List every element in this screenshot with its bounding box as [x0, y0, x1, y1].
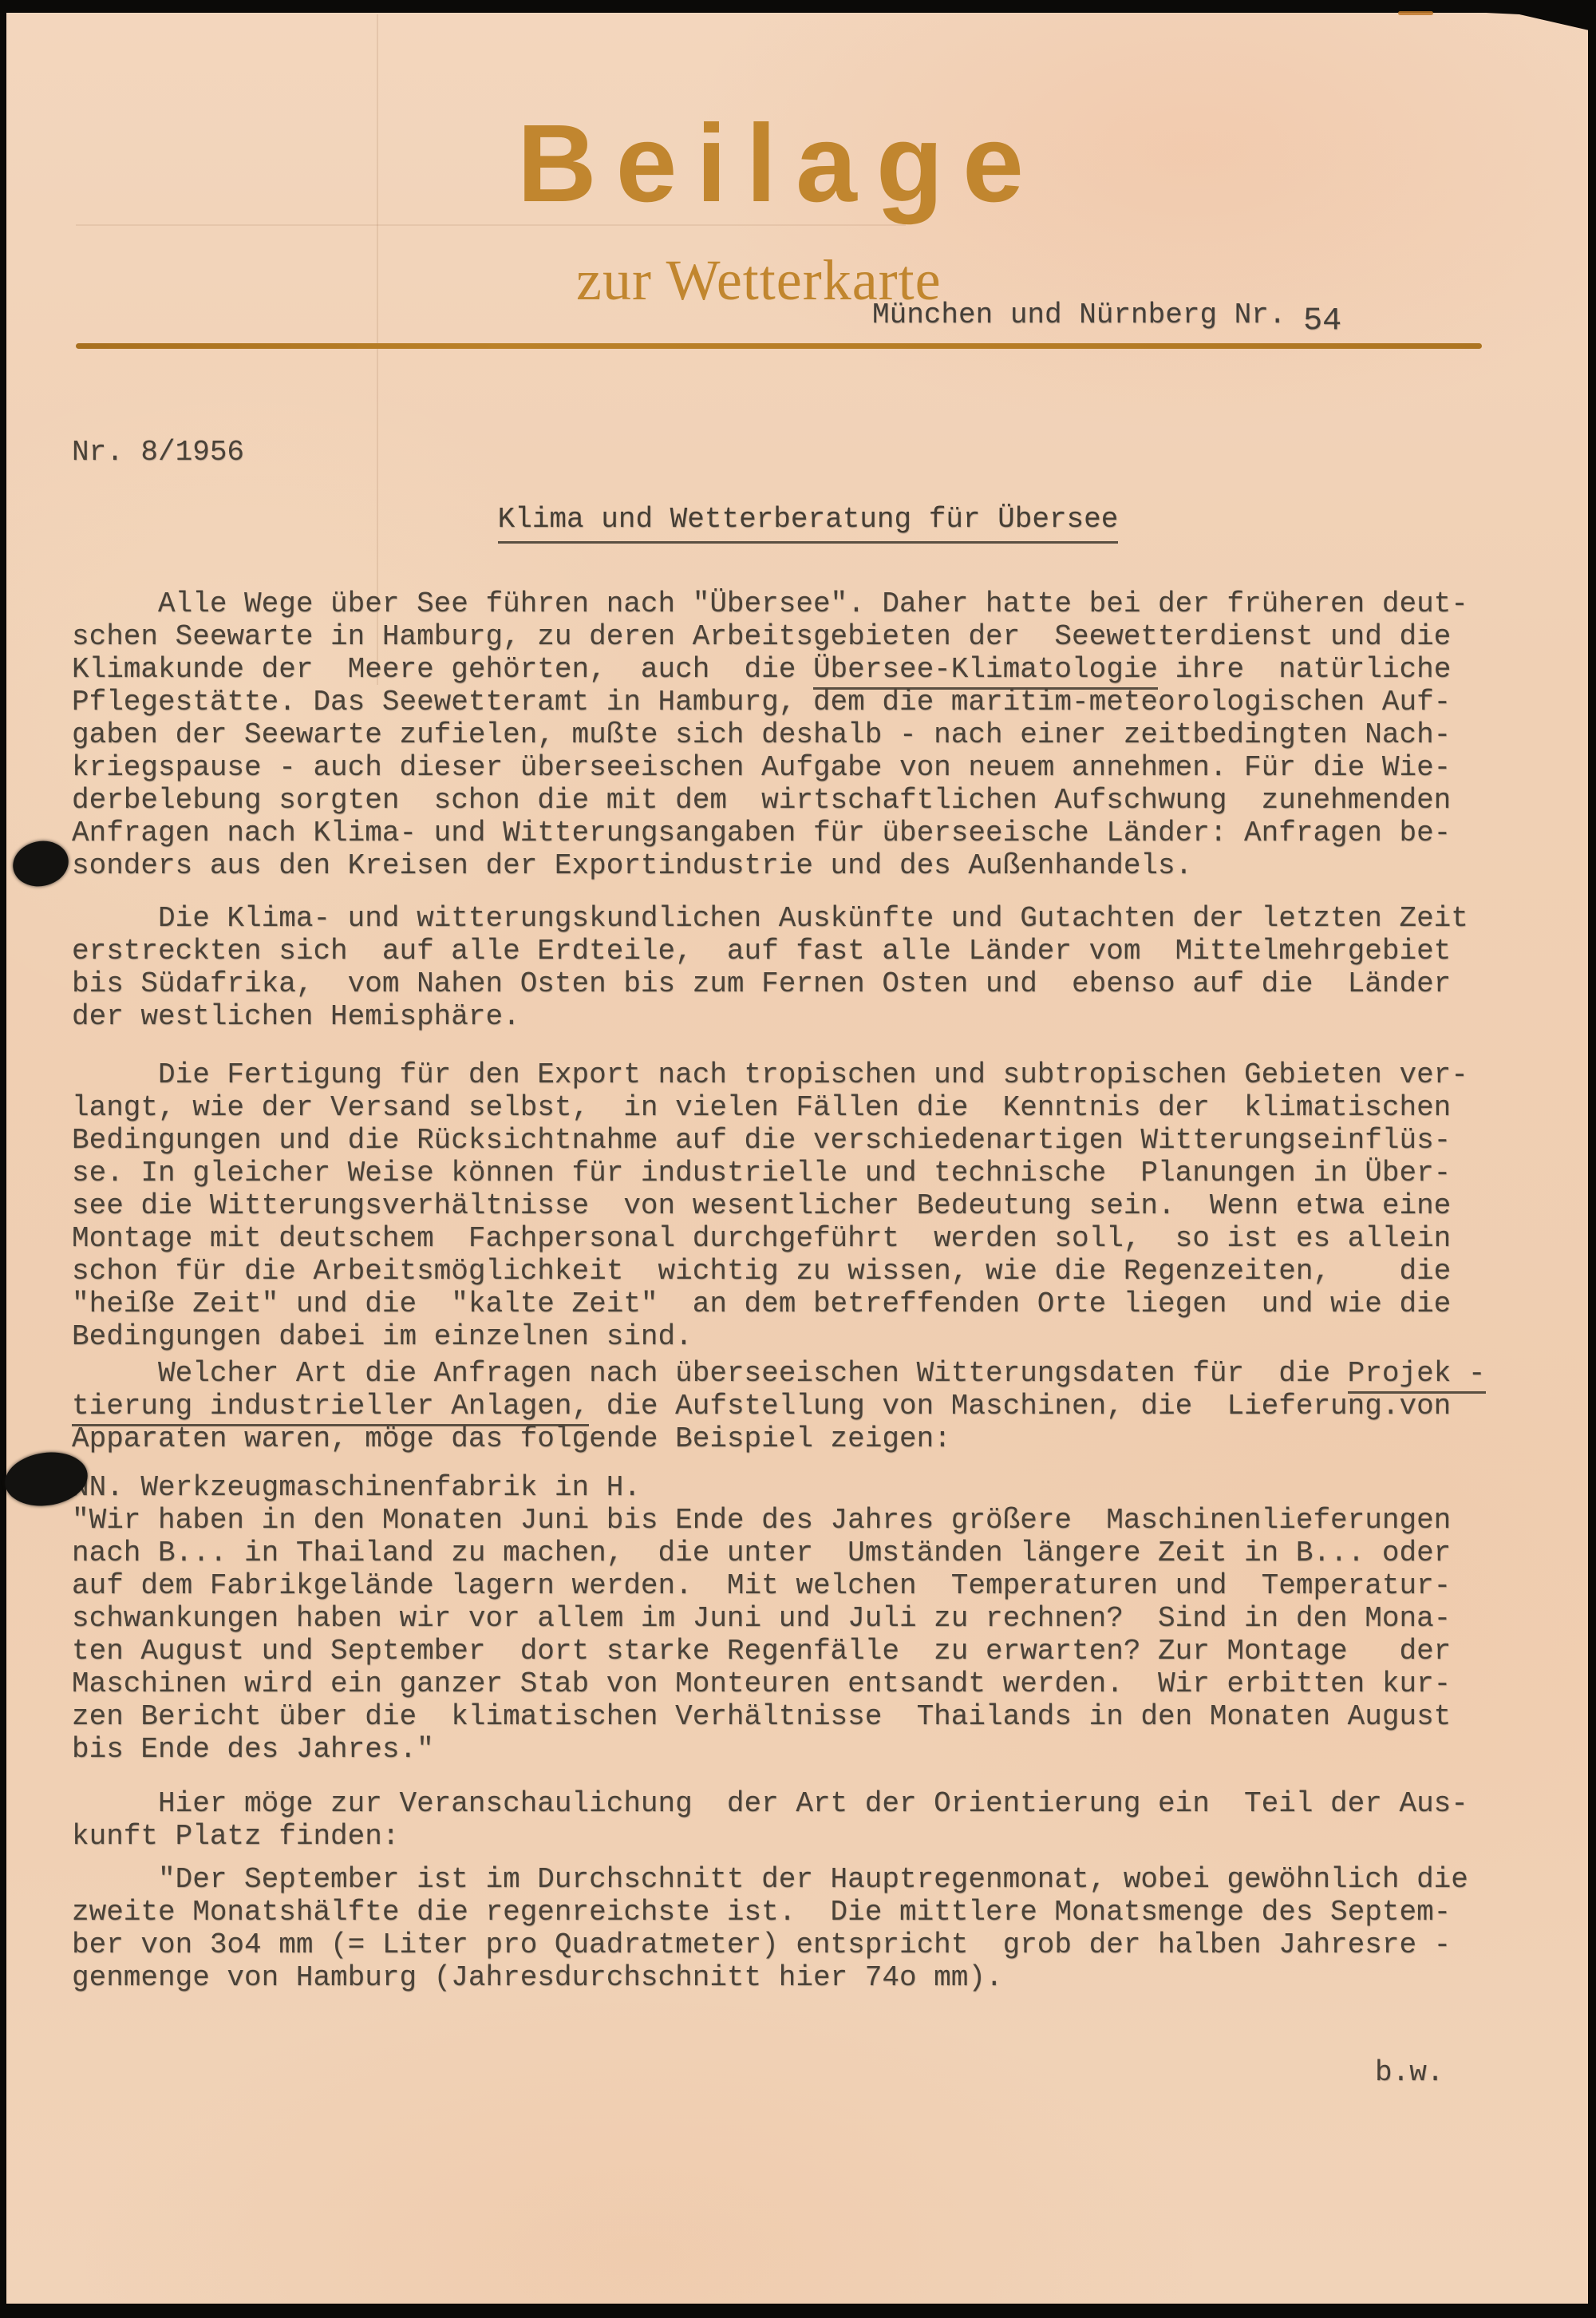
paragraph-4-text-a: Welcher Art die Anfragen nach überseeisc…: [72, 1357, 1348, 1390]
masthead-typed-text: München und Nürnberg Nr.: [872, 299, 1303, 331]
scanned-document: Beilage zur Wetterkarte München und Nürn…: [0, 0, 1596, 2318]
issue-number: Nr. 8/1956: [72, 436, 1544, 469]
quotation-2: "Der September ist im Durchschnitt der H…: [72, 1863, 1544, 1994]
example-heading: NN. Werkzeugmaschinenfabrik in H.: [72, 1471, 1544, 1504]
article-heading: Klima und Wetterberatung für Übersee: [72, 503, 1544, 544]
turn-page-note: b.w.: [1375, 2056, 1444, 2089]
paragraph-5: Hier möge zur Veranschaulichung der Art …: [72, 1787, 1544, 1853]
paragraph-1: Alle Wege über See führen nach "Übersee"…: [72, 587, 1544, 882]
paragraph-4: Welcher Art die Anfragen nach überseeisc…: [72, 1357, 1544, 1455]
article-heading-text: Klima und Wetterberatung für Übersee: [498, 503, 1119, 544]
paragraph-4-underlined-b: tierung industrieller Anlagen,: [72, 1390, 589, 1426]
paragraph-2: Die Klima- und witterungskundlichen Ausk…: [72, 902, 1544, 1033]
masthead-title: Beilage: [517, 101, 1043, 227]
paragraph-1-underlined-term: Übersee-Klimatologie: [813, 653, 1158, 690]
masthead-rule: [76, 343, 1482, 349]
masthead-typed-line: München und Nürnberg Nr. 54: [872, 297, 1341, 333]
paragraph-3: Die Fertigung für den Export nach tropis…: [72, 1058, 1544, 1353]
paragraph-4-underlined-a: Projek -: [1348, 1357, 1486, 1394]
masthead-issue-number: 54: [1303, 303, 1341, 339]
quotation-1: "Wir haben in den Monaten Juni bis Ende …: [72, 1504, 1544, 1766]
top-orange-mark: [1398, 11, 1433, 15]
paragraph-1-text-b: ihre natürliche Pflegestätte. Das Seewet…: [72, 653, 1451, 882]
vertical-crease: [377, 14, 378, 685]
